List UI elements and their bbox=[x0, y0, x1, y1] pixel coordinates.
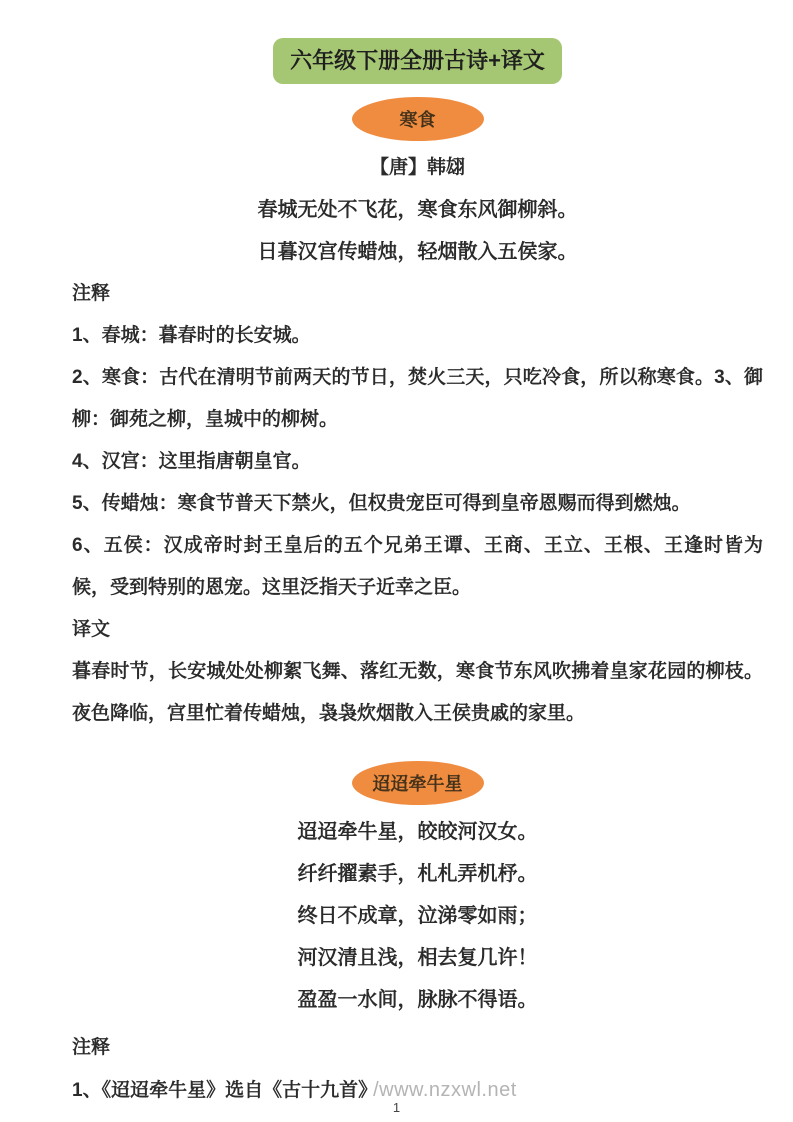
poem1-note-2: 2、寒食：古代在清明节前两天的节日，焚火三天，只吃冷食，所以称寒食。3、御柳：御… bbox=[72, 357, 763, 441]
poem2-notes-heading: 注释 bbox=[72, 1027, 763, 1069]
page-number: 1 bbox=[0, 1100, 793, 1115]
document-title-banner: 六年级下册全册古诗+译文 bbox=[273, 38, 562, 84]
poem1-translation-text: 暮春时节，长安城处处柳絮飞舞、落红无数，寒食节东风吹拂着皇家花园的柳枝。夜色降临… bbox=[72, 651, 763, 735]
poem2-title: 迢迢牵牛星 bbox=[373, 770, 463, 796]
document-title: 六年级下册全册古诗+译文 bbox=[290, 48, 545, 73]
poem1-notes-heading: 注释 bbox=[72, 273, 763, 315]
poem2-verse-line-2: 纤纤擢素手，札札弄机杼。 bbox=[72, 853, 763, 895]
poem2-title-pill: 迢迢牵牛星 bbox=[352, 761, 484, 805]
poem1-verse-line-1: 春城无处不飞花，寒食东风御柳斜。 bbox=[72, 189, 763, 231]
poem1-verse-line-2: 日暮汉宫传蜡烛，轻烟散入五侯家。 bbox=[72, 231, 763, 273]
poem1-note-4: 4、汉宫：这里指唐朝皇官。 bbox=[72, 441, 763, 483]
poem2-verse-line-3: 终日不成章，泣涕零如雨； bbox=[72, 895, 763, 937]
poem2-note-text: 1、《迢迢牵牛星》选自《古十九首》 bbox=[72, 1080, 377, 1101]
poem1-note-1: 1、春城：暮春时的长安城。 bbox=[72, 315, 763, 357]
poem1-note-6: 6、五侯：汉成帝时封王皇后的五个兄弟王谭、王商、王立、王根、王逢时皆为候，受到特… bbox=[72, 525, 763, 609]
poem1-translation-heading: 译文 bbox=[72, 609, 763, 651]
poem2-verse-line-4: 河汉清且浅，相去复几许！ bbox=[72, 937, 763, 979]
poem2-verse-line-1: 迢迢牵牛星，皎皎河汉女。 bbox=[72, 811, 763, 853]
poem1-note-5: 5、传蜡烛：寒食节普天下禁火，但权贵宠臣可得到皇帝恩赐而得到燃烛。 bbox=[72, 483, 763, 525]
document-page: 六年级下册全册古诗+译文 寒食 【唐】韩翃 春城无处不飞花，寒食东风御柳斜。 日… bbox=[0, 0, 793, 1122]
watermark-text: /www.nzxwl.net bbox=[373, 1079, 517, 1101]
poem2-verse-line-5: 盈盈一水间，脉脉不得语。 bbox=[72, 979, 763, 1021]
poem1-title-pill: 寒食 bbox=[352, 97, 484, 141]
poem1-title: 寒食 bbox=[400, 106, 436, 132]
poem1-author: 【唐】韩翃 bbox=[72, 147, 763, 189]
